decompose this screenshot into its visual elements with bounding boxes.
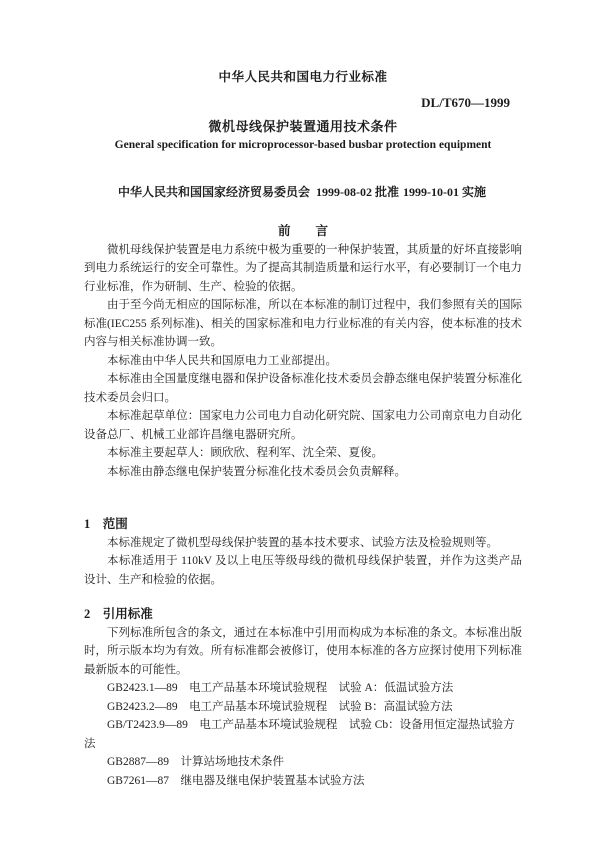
scope-paragraph: 本标准适用于 110kV 及以上电压等级母线的微机母线保护装置，并作为这类产品设… bbox=[84, 552, 522, 589]
foreword-section: 前 言 微机母线保护装置是电力系统中极为重要的一种保护装置，其质量的好坏直接影响… bbox=[84, 222, 522, 481]
foreword-paragraph: 由于至今尚无相应的国际标准，所以在本标准的制订过程中，我们参照有关的国际标准(I… bbox=[84, 296, 522, 352]
reference-item: GB2423.1—89 电工产品基本环境试验规程 试验 A：低温试验方法 bbox=[84, 679, 522, 698]
foreword-paragraph: 本标准起草单位：国家电力公司电力自动化研究院、国家电力公司南京电力自动化设备总厂… bbox=[84, 407, 522, 444]
scope-heading: 1 范围 bbox=[84, 515, 522, 534]
implementation-date: 1999-10-01 实施 bbox=[403, 183, 486, 201]
approval-row: 中华人民共和国国家经济贸易委员会 1999-08-02 批准 1999-10-0… bbox=[118, 183, 486, 201]
approval-authority-date: 中华人民共和国国家经济贸易委员会 1999-08-02 批准 bbox=[118, 183, 399, 201]
referenced-standards-paragraph: 下列标准所包含的条文，通过在本标准中引用而构成为本标准的条文。本标准出版时，所示… bbox=[84, 624, 522, 680]
document-page: 中华人民共和国电力行业标准 DL/T670—1999 微机母线保护装置通用技术条… bbox=[0, 0, 600, 849]
reference-item: GB7261—87 继电器及继电保护装置基本试验方法 bbox=[84, 772, 522, 791]
document-title-chinese: 微机母线保护装置通用技术条件 bbox=[84, 118, 522, 136]
scope-paragraph: 本标准规定了微机型母线保护装置的基本技术要求、试验方法及检验规则等。 bbox=[84, 534, 522, 553]
reference-item: GB/T2423.9—89 电工产品基本环境试验规程 试验 Cb：设备用恒定湿热… bbox=[84, 716, 522, 753]
scope-section: 1 范围 本标准规定了微机型母线保护装置的基本技术要求、试验方法及检验规则等。 … bbox=[84, 515, 522, 589]
foreword-paragraph: 本标准主要起草人：顾欣欣、程利军、沈全荣、夏俊。 bbox=[84, 444, 522, 463]
document-title-english: General specification for microprocessor… bbox=[84, 136, 522, 154]
referenced-standards-heading: 2 引用标准 bbox=[84, 605, 522, 624]
foreword-heading: 前 言 bbox=[84, 222, 522, 241]
foreword-paragraph: 本标准由全国量度继电器和保护设备标准化技术委员会静态继电保护装置分标准化技术委员… bbox=[84, 370, 522, 407]
industry-standard-label: 中华人民共和国电力行业标准 bbox=[84, 68, 522, 86]
foreword-paragraph: 微机母线保护装置是电力系统中极为重要的一种保护装置，其质量的好坏直接影响到电力系… bbox=[84, 241, 522, 297]
reference-item: GB2887—89 计算站场地技术条件 bbox=[84, 753, 522, 772]
foreword-paragraph: 本标准由静态继电保护装置分标准化技术委员会负责解释。 bbox=[84, 463, 522, 482]
foreword-paragraph: 本标准由中华人民共和国原电力工业部提出。 bbox=[84, 352, 522, 371]
document-number: DL/T670—1999 bbox=[84, 94, 522, 112]
referenced-standards-section: 2 引用标准 下列标准所包含的条文，通过在本标准中引用而构成为本标准的条文。本标… bbox=[84, 605, 522, 790]
reference-item: GB2423.2—89 电工产品基本环境试验规程 试验 B：高温试验方法 bbox=[84, 698, 522, 717]
